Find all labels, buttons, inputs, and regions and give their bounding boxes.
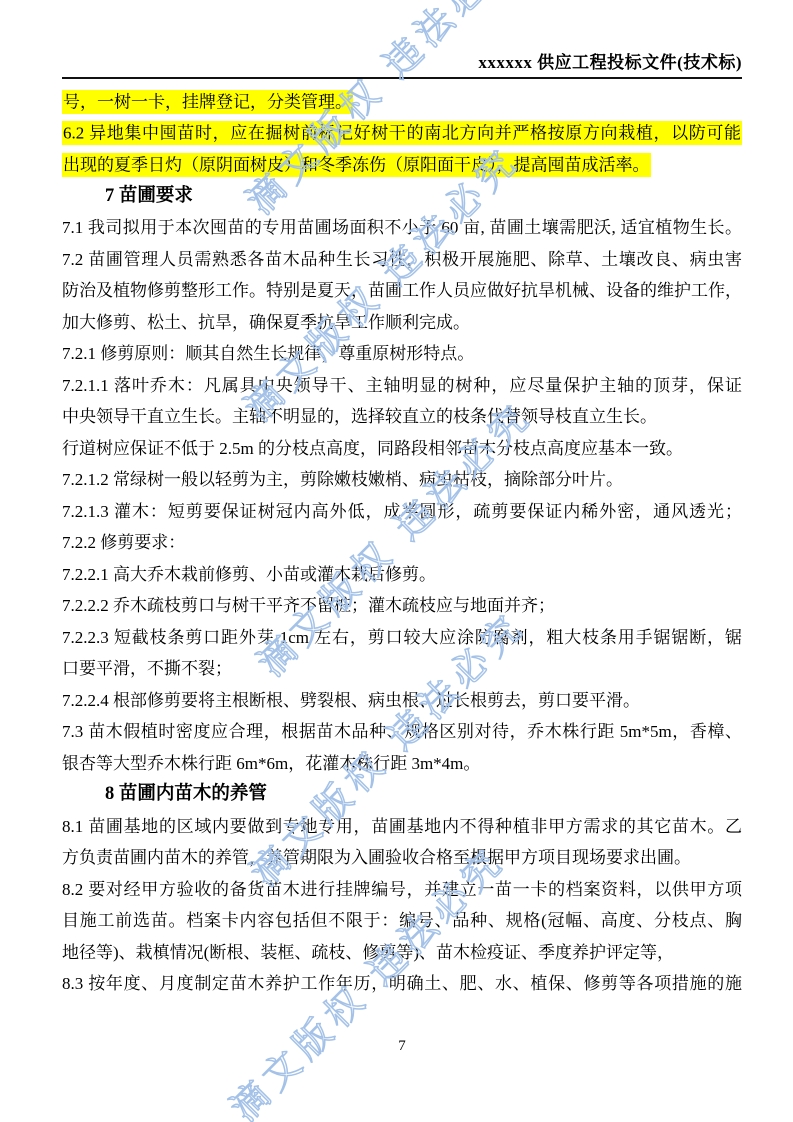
line-text: 7.1 我司拟用于本次囤苗的专用苗圃场面积不小于 60 亩, 苗圃土壤需肥沃, … xyxy=(62,218,742,237)
text-line: 7.2.1.3 灌木：短剪要保证树冠内高外低，成半圆形，疏剪要保证内稀外密，通风… xyxy=(62,496,742,528)
line-text: 7.2.1.1 落叶乔木：凡属具中央领导干、主轴明显的树种，应尽量保护主轴的顶芽… xyxy=(62,376,742,395)
text-line: 6.2 异地集中囤苗时，应在掘树前标记好树干的南北方向并严格按原方向栽植，以防可… xyxy=(62,118,742,150)
page-header-title: xxxxxx 供应工程投标文件(技术标) xyxy=(62,52,742,74)
text-line: 方负责苗圃内苗木的养管，养管期限为入圃验收合格至根据甲方项目现场要求出圃。 xyxy=(62,842,742,874)
line-text: 8.1 苗圃基地的区域内要做到专地专用，苗圃基地内不得种植非甲方需求的其它苗木。… xyxy=(62,817,742,836)
line-text: 加大修剪、松土、抗旱，确保夏季抗旱工作顺利完成。 xyxy=(62,313,470,332)
line-text: 8.2 要对经甲方验收的备货苗木进行挂牌编号，并建立一苗一卡的档案资料，以供甲方… xyxy=(62,880,742,899)
text-line: 目施工前选苗。档案卡内容包括但不限于：编号、品种、规格(冠幅、高度、分枝点、胸径… xyxy=(62,905,742,937)
line-text: 7.2.2.2 乔木疏枝剪口与树干平齐不留桩；灌木疏枝应与地面并齐； xyxy=(62,596,555,615)
text-line: 7.2.2.4 根部修剪要将主根断根、劈裂根、病虫根、过长根剪去，剪口要平滑。 xyxy=(62,685,742,717)
line-text: 方负责苗圃内苗木的养管，养管期限为入圃验收合格至根据甲方项目现场要求出圃。 xyxy=(62,848,691,867)
document-page: xxxxxx 供应工程投标文件(技术标) 号，一树一卡，挂牌登记，分类管理。6.… xyxy=(0,0,793,1122)
header-rule xyxy=(62,77,742,79)
text-line: 加大修剪、松土、抗旱，确保夏季抗旱工作顺利完成。 xyxy=(62,307,742,339)
highlighted-text: 出现的夏季日灼（原阴面树皮）和冬季冻伤（原阳面干皮），提高囤苗成活率。 xyxy=(62,153,651,177)
line-text: 中央领导干直立生长。主轴不明显的，选择较直立的枝条代替领导枝直立生长。 xyxy=(62,407,657,426)
line-text: 7.2.1.2 常绿树一般以轻剪为主，剪除嫩枝嫩梢、病虫枯枝，摘除部分叶片。 xyxy=(62,470,623,489)
text-line: 7.2 苗圃管理人员需熟悉各苗木品种生长习性，积极开展施肥、除草、土壤改良、病虫… xyxy=(62,244,742,276)
text-line: 8.3 按年度、月度制定苗木养护工作年历，明确土、肥、水、植保、修剪等各项措施的… xyxy=(62,968,742,1000)
line-text: 7 苗圃要求 xyxy=(105,186,193,206)
text-line: 行道树应保证不低于 2.5m 的分枝点高度，同路段相邻苗木分枝点高度应基本一致。 xyxy=(62,433,742,465)
line-text: 目施工前选苗。档案卡内容包括但不限于：编号、品种、规格(冠幅、高度、分枝点、胸径… xyxy=(62,911,742,937)
text-line: 银杏等大型乔木株行距 6m*6m，花灌木株行距 3m*4m。 xyxy=(62,748,742,780)
line-text: 防治及植物修剪整形工作。特别是夏天，苗圃工作人员应做好抗旱机械、设备的维护工作， xyxy=(62,281,742,300)
highlighted-text: 号，一树一卡，挂牌登记，分类管理。 xyxy=(62,90,353,114)
text-line: 7.2.1.1 落叶乔木：凡属具中央领导干、主轴明显的树种，应尽量保护主轴的顶芽… xyxy=(62,370,742,402)
text-line: 7.2.2.1 高大乔木栽前修剪、小苗或灌木栽后修剪。 xyxy=(62,559,742,591)
line-text: 7.3 苗木假植时密度应合理，根据苗木品种、规格区别对待，乔木株行距 5m*5m… xyxy=(62,722,742,741)
text-line: 7.2.2.3 短截枝条剪口距外芽 1cm 左右，剪口较大应涂防腐剂，粗大枝条用… xyxy=(62,622,742,654)
line-text: 7.2.2 修剪要求： xyxy=(62,533,185,552)
section-heading: 8 苗圃内苗木的养管 xyxy=(62,779,742,811)
text-line: 7.3 苗木假植时密度应合理，根据苗木品种、规格区别对待，乔木株行距 5m*5m… xyxy=(62,716,742,748)
line-text: 7.2.2.1 高大乔木栽前修剪、小苗或灌木栽后修剪。 xyxy=(62,565,436,584)
page-number: 7 xyxy=(62,1035,742,1057)
text-line: 防治及植物修剪整形工作。特别是夏天，苗圃工作人员应做好抗旱机械、设备的维护工作， xyxy=(62,275,742,307)
line-text: 7.2.2.4 根部修剪要将主根断根、劈裂根、病虫根、过长根剪去，剪口要平滑。 xyxy=(62,691,640,710)
line-text: 银杏等大型乔木株行距 6m*6m，花灌木株行距 3m*4m。 xyxy=(62,754,480,773)
text-line: 7.1 我司拟用于本次囤苗的专用苗圃场面积不小于 60 亩, 苗圃土壤需肥沃, … xyxy=(62,212,742,244)
text-line: 7.2.1.2 常绿树一般以轻剪为主，剪除嫩枝嫩梢、病虫枯枝，摘除部分叶片。 xyxy=(62,464,742,496)
line-text: 行道树应保证不低于 2.5m 的分枝点高度，同路段相邻苗木分枝点高度应基本一致。 xyxy=(62,439,683,458)
text-line: 8.1 苗圃基地的区域内要做到专地专用，苗圃基地内不得种植非甲方需求的其它苗木。… xyxy=(62,811,742,843)
text-line: 8.2 要对经甲方验收的备货苗木进行挂牌编号，并建立一苗一卡的档案资料，以供甲方… xyxy=(62,874,742,906)
line-text: 8.3 按年度、月度制定苗木养护工作年历，明确土、肥、水、植保、修剪等各项措施的… xyxy=(62,974,742,993)
text-line: 地径等)、栽槙情况(断根、装框、疏枝、修剪等)、苗木检疫证、季度养护评定等， xyxy=(62,937,742,969)
text-line: 口要平滑，不撕不裂； xyxy=(62,653,742,685)
line-text: 7.2.1.3 灌木：短剪要保证树冠内高外低，成半圆形，疏剪要保证内稀外密，通风… xyxy=(62,502,742,521)
text-line: 7.2.1 修剪原则：顺其自然生长规律，尊重原树形特点。 xyxy=(62,338,742,370)
line-text: 7.2 苗圃管理人员需熟悉各苗木品种生长习性，积极开展施肥、除草、土壤改良、病虫… xyxy=(62,250,742,269)
line-text: 7.2.2.3 短截枝条剪口距外芽 1cm 左右，剪口较大应涂防腐剂，粗大枝条用… xyxy=(62,628,742,647)
text-line: 中央领导干直立生长。主轴不明显的，选择较直立的枝条代替领导枝直立生长。 xyxy=(62,401,742,433)
document-lines: 号，一树一卡，挂牌登记，分类管理。6.2 异地集中囤苗时，应在掘树前标记好树干的… xyxy=(62,86,742,1000)
line-text: 口要平滑，不撕不裂； xyxy=(62,659,232,678)
line-text: 8 苗圃内苗木的养管 xyxy=(105,784,267,804)
line-text: 地径等)、栽槙情况(断根、装框、疏枝、修剪等)、苗木检疫证、季度养护评定等， xyxy=(62,943,674,962)
text-line: 出现的夏季日灼（原阴面树皮）和冬季冻伤（原阳面干皮），提高囤苗成活率。 xyxy=(62,149,742,181)
highlighted-text: 6.2 异地集中囤苗时，应在掘树前标记好树干的南北方向并严格按原方向栽植，以防可… xyxy=(62,121,742,145)
text-line: 7.2.2 修剪要求： xyxy=(62,527,742,559)
text-line: 号，一树一卡，挂牌登记，分类管理。 xyxy=(62,86,742,118)
text-line: 7.2.2.2 乔木疏枝剪口与树干平齐不留桩；灌木疏枝应与地面并齐； xyxy=(62,590,742,622)
section-heading: 7 苗圃要求 xyxy=(62,181,742,213)
line-text: 7.2.1 修剪原则：顺其自然生长规律，尊重原树形特点。 xyxy=(62,344,474,363)
